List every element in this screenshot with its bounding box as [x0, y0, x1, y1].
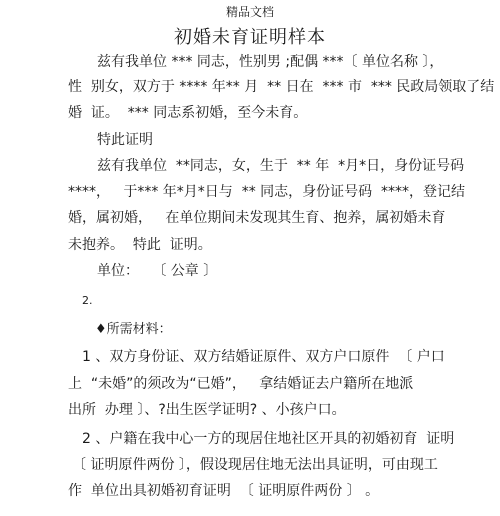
paragraph-1-line-3: 婚 证。 *** 同志系初婚，至今未育。 [68, 104, 307, 122]
materials-heading: ♦所需材料： [95, 321, 172, 339]
material-2-line-3: 作 单位出具初婚初育证明 〔 证明原件两份 〕 。 [68, 482, 379, 500]
page-header: 精品文档 [0, 4, 500, 20]
material-1-line-2: 上 “未婚”的须改为“已婚”， 拿结婚证去户籍所在地派 [68, 375, 413, 393]
material-2-line-2: 〔 证明原件两份 〕，假设现居住地无法出具证明，可由现工 [72, 456, 438, 474]
paragraph-1-line-2: 性 别女，双方于 **** 年** 月 ** 日在 *** 市 *** 民政局领… [68, 78, 494, 96]
paragraph-2-line-2: ****， 于*** 年*月*日与 ** 同志，身份证号码 ****，登记结 [68, 183, 465, 201]
certify-text: 特此证明 [97, 131, 153, 149]
paragraph-1-line-1: 兹有我单位 *** 同志，性别男 ;配偶 ***〔 单位名称 〕， [97, 53, 443, 71]
unit-seal-line: 单位： 〔 公章 〕 [97, 262, 217, 280]
material-2-line-1: 2 、户籍在我中心一方的现居住地社区开具的初婚初育 证明 [82, 430, 454, 448]
material-1-line-3: 出所 办理 〕、?出生医学证明? 、小孩户口。 [68, 401, 346, 419]
document-title: 初婚未育证明样本 [0, 27, 500, 49]
material-1-line-1: 1 、双方身份证、双方结婚证原件、双方户口原件 〔 户口 [82, 348, 445, 366]
paragraph-2-line-4: 未抱养。 特此 证明。 [68, 236, 212, 254]
paragraph-2-line-3: 婚，属初婚， 在单位期间未发现其生育、抱养，属初婚未育 [68, 209, 445, 227]
section-number: 2. [82, 292, 93, 310]
paragraph-2-line-1: 兹有我单位 **同志，女，生于 ** 年 *月*日，身份证号码 [97, 157, 464, 175]
